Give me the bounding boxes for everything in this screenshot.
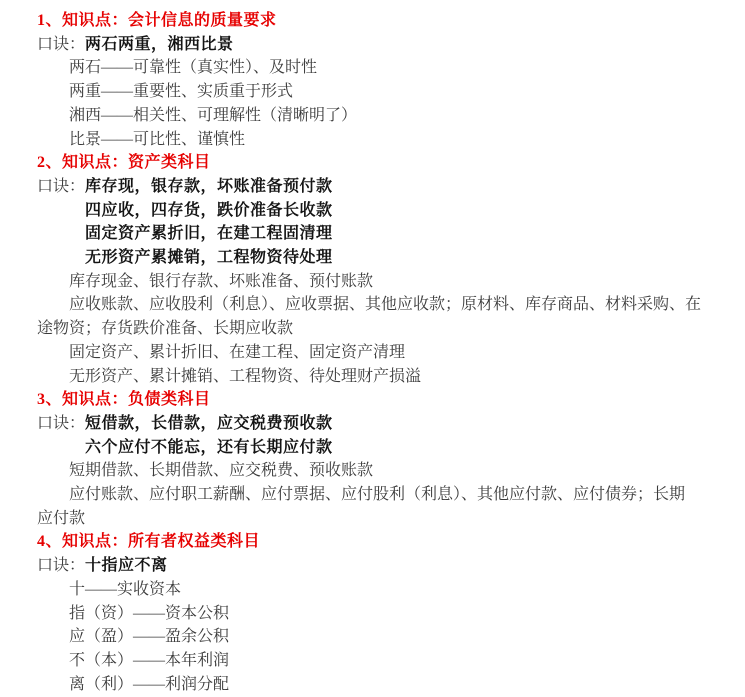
detail-line: 固定资产、累计折旧、在建工程、固定资产清理 [37,341,711,365]
detail-line: 两重——重要性、实质重于形式 [37,80,711,104]
mnemonic-line: 口诀：十指应不离 [37,554,711,578]
detail-line: 应（盈）——盈余公积 [37,625,711,649]
section-heading: 1、知识点：会计信息的质量要求 [37,9,711,33]
detail-line: 十——实收资本 [37,578,711,602]
mnemonic-text: 十指应不离 [85,557,168,574]
mnemonic-line-continued: 固定资产累折旧，在建工程固清理 [37,222,711,246]
mnemonic-text: 两石两重，湘西比景 [85,36,234,53]
mnemonic-line: 口诀：两石两重，湘西比景 [37,33,711,57]
detail-line: 应收账款、应收股利（利息）、应收票据、其他应收款；原材料、库存商品、材料采购、在 [37,293,711,317]
mnemonic-text: 库存现，银存款，坏账准备预付款 [85,178,333,195]
mnemonic-label: 口诀： [37,36,85,53]
mnemonic-label: 口诀： [37,178,85,195]
mnemonic-line: 口诀：库存现，银存款，坏账准备预付款 [37,175,711,199]
section-heading: 3、知识点：负债类科目 [37,388,711,412]
mnemonic-label: 口诀： [37,415,85,432]
mnemonic-line-continued: 六个应付不能忘，还有长期应付款 [37,436,711,460]
mnemonic-label: 口诀： [37,557,85,574]
section-heading: 4、知识点：所有者权益类科目 [37,530,711,554]
detail-line: 两石——可靠性（真实性）、及时性 [37,56,711,80]
detail-line: 离（利）——利润分配 [37,673,711,697]
knowledge-section: 2、知识点：资产类科目口诀：库存现，银存款，坏账准备预付款四应收，四存货，跌价准… [37,151,711,388]
detail-line: 比景——可比性、谨慎性 [37,128,711,152]
knowledge-section: 4、知识点：所有者权益类科目口诀：十指应不离十——实收资本指（资）——资本公积应… [37,530,711,696]
section-heading: 2、知识点：资产类科目 [37,151,711,175]
document-page: 1、知识点：会计信息的质量要求口诀：两石两重，湘西比景两石——可靠性（真实性）、… [0,0,745,697]
knowledge-section: 3、知识点：负债类科目口诀：短借款，长借款，应交税费预收款六个应付不能忘，还有长… [37,388,711,530]
detail-line: 湘西——相关性、可理解性（清晰明了） [37,104,711,128]
mnemonic-line: 口诀：短借款，长借款，应交税费预收款 [37,412,711,436]
mnemonic-line-continued: 四应收，四存货，跌价准备长收款 [37,199,711,223]
detail-line: 应付账款、应付职工薪酬、应付票据、应付股利（利息）、其他应付款、应付债券；长期 [37,483,711,507]
detail-line-wrap: 应付款 [37,507,711,531]
mnemonic-text: 短借款，长借款，应交税费预收款 [85,415,333,432]
detail-line: 指（资）——资本公积 [37,602,711,626]
knowledge-section: 1、知识点：会计信息的质量要求口诀：两石两重，湘西比景两石——可靠性（真实性）、… [37,9,711,151]
detail-line: 短期借款、长期借款、应交税费、预收账款 [37,459,711,483]
detail-line: 不（本）——本年利润 [37,649,711,673]
detail-line: 库存现金、银行存款、坏账准备、预付账款 [37,270,711,294]
detail-line: 无形资产、累计摊销、工程物资、待处理财产损溢 [37,365,711,389]
mnemonic-line-continued: 无形资产累摊销，工程物资待处理 [37,246,711,270]
detail-line-wrap: 途物资；存货跌价准备、长期应收款 [37,317,711,341]
